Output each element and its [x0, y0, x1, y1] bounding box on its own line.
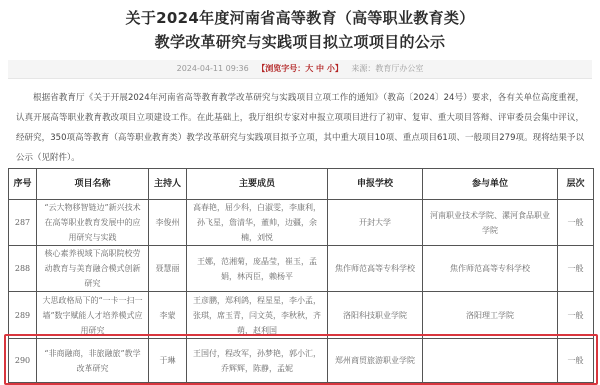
cell-members: 高春艳，屈少科，白淑雯，李康利，孙飞星，詹清华，董帅，边疆，余楠，刘悦 — [187, 200, 328, 246]
table-row: 287 “云大物移智链边”新兴技术在高等职业教育发展中的应用研究与实践 李俊州 … — [9, 200, 594, 246]
project-table: 序号 项目名称 主持人 主要成员 申报学校 参与单位 层次 287 “云大物移智… — [8, 168, 594, 383]
cell-school: 焦作师范高等专科学校 — [328, 246, 423, 292]
cell-no: 289 — [9, 292, 37, 339]
header-project-name: 项目名称 — [37, 169, 149, 200]
font-size-switcher[interactable]: 【浏览字号：大 中 小】 — [257, 64, 343, 73]
cell-project-name: “云大物移智链边”新兴技术在高等职业教育发展中的应用研究与实践 — [37, 200, 149, 246]
table-row-highlighted: 290 “非商融商，非旅融旅”教学改革研究 于琳 王国付，程改军，孙梦艳，郭小汇… — [9, 339, 594, 383]
cell-members: 王娜，范湘菊，庞晶莹，崔玉，孟娟，林丙臣，赖杨平 — [187, 246, 328, 292]
cell-level: 一般 — [558, 200, 594, 246]
cell-level: 一般 — [558, 339, 594, 383]
cell-members: 王国付，程改军，孙梦艳，郭小汇，乔辉辉，陈静，孟妮 — [187, 339, 328, 383]
cell-level: 一般 — [558, 292, 594, 339]
cell-host: 于琳 — [149, 339, 187, 383]
header-host: 主持人 — [149, 169, 187, 200]
cell-partner: 焦作师范高等专科学校 — [423, 246, 558, 292]
cell-school: 洛阳科技职业学院 — [328, 292, 423, 339]
cell-no: 290 — [9, 339, 37, 383]
header-no: 序号 — [9, 169, 37, 200]
article-source: 来源：教育厅办公室 — [351, 64, 423, 73]
cell-partner: 洛阳理工学院 — [423, 292, 558, 339]
header-school: 申报学校 — [328, 169, 423, 200]
table-row: 289 大思政格局下的“一卡一扫一墙”数字赋能人才培养模式应用研究 李蒙 王彦鹏… — [9, 292, 594, 339]
page-title: 关于2024年度河南省高等教育（高等职业教育类） 教学改革研究与实践项目拟立项项… — [0, 6, 600, 54]
table-header-row: 序号 项目名称 主持人 主要成员 申报学校 参与单位 层次 — [9, 169, 594, 200]
header-level: 层次 — [558, 169, 594, 200]
table-row: 288 核心素养视域下高职院校劳动教育与美育融合模式创新研究 聂慧丽 王娜，范湘… — [9, 246, 594, 292]
cell-no: 288 — [9, 246, 37, 292]
article-meta: 2024-04-11 09:36 【浏览字号：大 中 小】 来源：教育厅办公室 — [8, 60, 592, 79]
cell-host: 聂慧丽 — [149, 246, 187, 292]
publish-datetime: 2024-04-11 09:36 — [177, 64, 249, 73]
header-partner: 参与单位 — [423, 169, 558, 200]
cell-host: 李俊州 — [149, 200, 187, 246]
cell-partner — [423, 339, 558, 383]
title-line-1: 关于2024年度河南省高等教育（高等职业教育类） — [0, 6, 600, 30]
cell-level: 一般 — [558, 246, 594, 292]
cell-partner: 河南职业技术学院、漯河食品职业学院 — [423, 200, 558, 246]
header-members: 主要成员 — [187, 169, 328, 200]
cell-no: 287 — [9, 200, 37, 246]
cell-project-name: 核心素养视域下高职院校劳动教育与美育融合模式创新研究 — [37, 246, 149, 292]
cell-members: 王彦鹏，郑利鸽，程星星，李小孟，张琪，席玉青，闫文英，李秋秋，齐萌，赵利国 — [187, 292, 328, 339]
cell-school: 郑州商贸旅游职业学院 — [328, 339, 423, 383]
cell-host: 李蒙 — [149, 292, 187, 339]
cell-project-name: 大思政格局下的“一卡一扫一墙”数字赋能人才培养模式应用研究 — [37, 292, 149, 339]
title-line-2: 教学改革研究与实践项目拟立项项目的公示 — [0, 30, 600, 54]
cell-project-name: “非商融商，非旅融旅”教学改革研究 — [37, 339, 149, 383]
cell-school: 开封大学 — [328, 200, 423, 246]
article-paragraph: 根据省教育厅《关于开展2024年河南省高等教育教学改革研究与实践项目立项工作的通… — [16, 88, 584, 168]
